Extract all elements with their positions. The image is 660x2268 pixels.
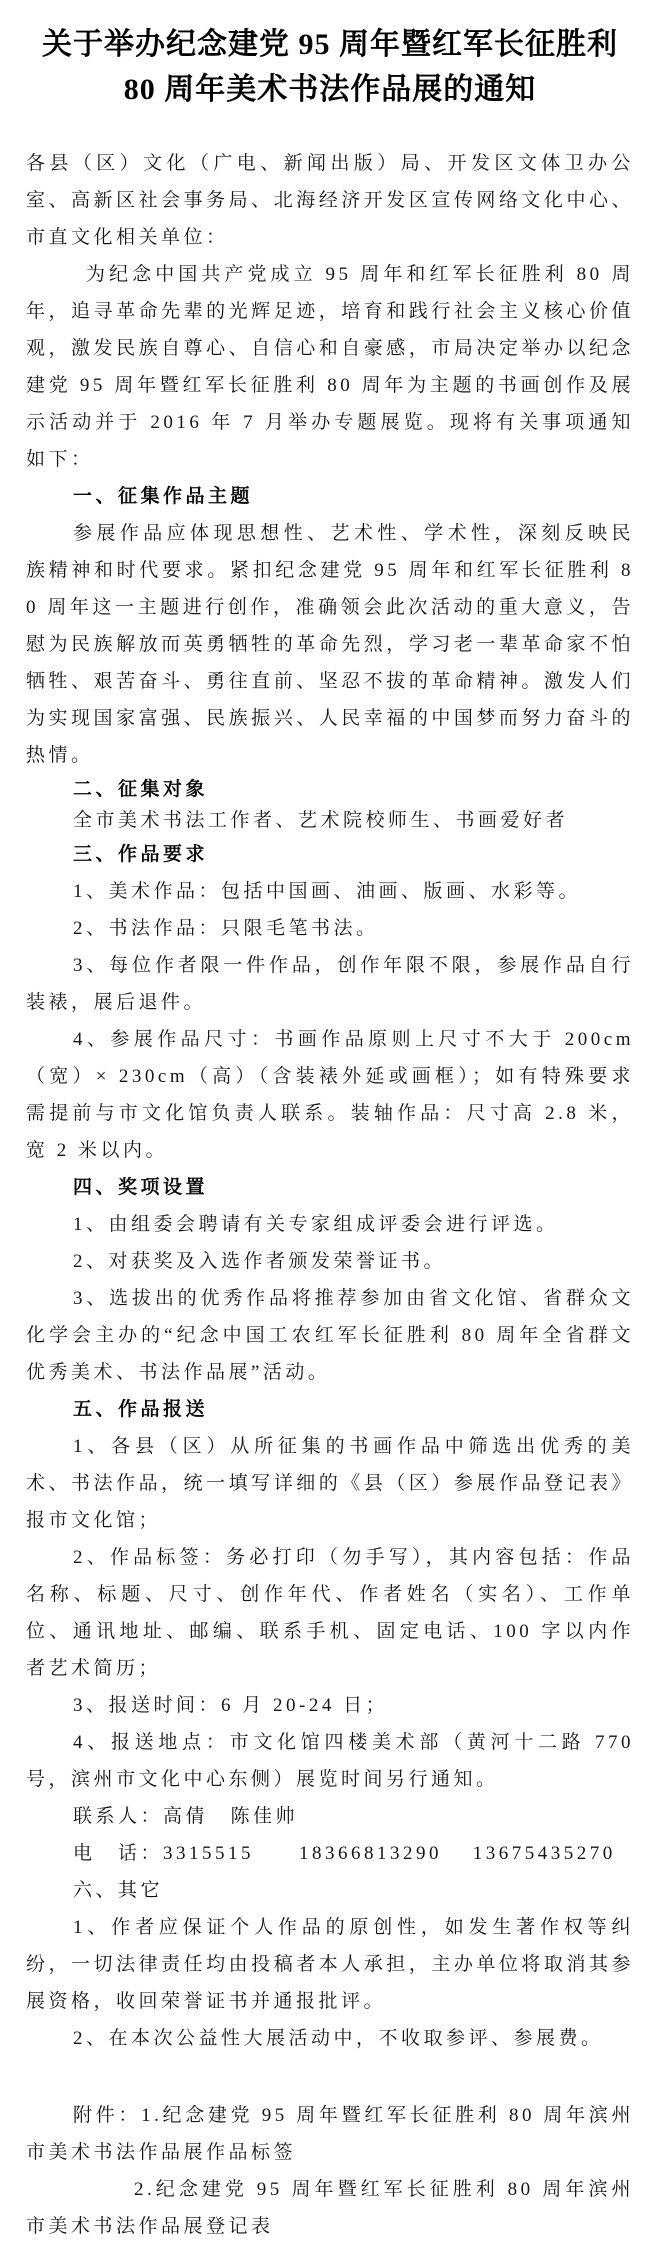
section-3-heading: 三、作品要求 bbox=[26, 836, 634, 873]
attachments-spacer bbox=[26, 2057, 634, 2097]
section-2-heading: 二、征集对象 bbox=[26, 774, 634, 805]
attachment-item-2: 2.纪念建党 95 周年暨红军长征胜利 80 周年滨州市美术书法作品展登记表 bbox=[26, 2171, 634, 2245]
document-title: 关于举办纪念建党 95 周年暨红军长征胜利 80 周年美术书法作品展的通知 bbox=[26, 22, 634, 112]
title-line-1: 关于举办纪念建党 95 周年暨红军长征胜利 bbox=[26, 22, 634, 67]
salutation-paragraph: 各县（区）文化（广电、新闻出版）局、开发区文体卫办公室、高新区社会事务局、北海经… bbox=[26, 145, 634, 256]
section-4-item-3: 3、选拔出的优秀作品将推荐参加由省文化馆、省群众文化学会主办的“纪念中国工农红军… bbox=[26, 1280, 634, 1391]
section-5-item-4: 4、报送地点：市文化馆四楼美术部（黄河十二路 770 号，滨州市文化中心东侧）展… bbox=[26, 1724, 634, 1798]
section-6-heading: 六、其它 bbox=[26, 1872, 634, 1909]
section-3-item-4: 4、参展作品尺寸：书画作品原则上尺寸不大于 200cm（宽）× 230cm（高）… bbox=[26, 1021, 634, 1169]
section-5-item-3: 3、报送时间：6 月 20-24 日； bbox=[26, 1687, 634, 1724]
section-4-item-1: 1、由组委会聘请有关专家组成评委会进行评选。 bbox=[26, 1206, 634, 1243]
notice-document: 关于举办纪念建党 95 周年暨红军长征胜利 80 周年美术书法作品展的通知 各县… bbox=[0, 0, 660, 2268]
section-5-item-2: 2、作品标签：务必打印（勿手写），其内容包括：作品名称、标题、尺寸、创作年代、作… bbox=[26, 1539, 634, 1687]
section-5-item-1: 1、各县（区）从所征集的书画作品中筛选出优秀的美术、书法作品，统一填写详细的《县… bbox=[26, 1428, 634, 1539]
section-4-item-2: 2、对获奖及入选作者颁发荣誉证书。 bbox=[26, 1243, 634, 1280]
section-5-heading: 五、作品报送 bbox=[26, 1391, 634, 1428]
section-1-heading: 一、征集作品主题 bbox=[26, 478, 634, 515]
section-4-heading: 四、奖项设置 bbox=[26, 1169, 634, 1206]
section-3-item-1: 1、美术作品：包括中国画、油画、版画、水彩等。 bbox=[26, 873, 634, 910]
contact-person-line: 联系人：高倩 陈佳帅 bbox=[26, 1798, 634, 1835]
intro-paragraph: 为纪念中国共产党成立 95 周年和红军长征胜利 80 周年，追寻革命先辈的光辉足… bbox=[26, 256, 634, 478]
section-3-item-3: 3、每位作者限一件作品，创作年限不限，参展作品自行装裱，展后退件。 bbox=[26, 947, 634, 1021]
contact-phone-line: 电 话：3315515 18366813290 13675435270 bbox=[26, 1835, 634, 1872]
section-3-item-2: 2、书法作品：只限毛笔书法。 bbox=[26, 910, 634, 947]
section-6-item-2: 2、在本次公益性大展活动中，不收取参评、参展费。 bbox=[26, 2020, 634, 2057]
section-1-body: 参展作品应体现思想性、艺术性、学术性，深刻反映民族精神和时代要求。紧扣纪念建党 … bbox=[26, 515, 634, 774]
section-2-body: 全市美术书法工作者、艺术院校师生、书画爱好者 bbox=[26, 805, 634, 836]
section-6-item-1: 1、作者应保证个人作品的原创性，如发生著作权等纠纷，一切法律责任均由投稿者本人承… bbox=[26, 1909, 634, 2020]
title-line-2: 80 周年美术书法作品展的通知 bbox=[26, 67, 634, 112]
attachment-item-1: 附件：1.纪念建党 95 周年暨红军长征胜利 80 周年滨州市美术书法作品展作品… bbox=[26, 2097, 634, 2171]
